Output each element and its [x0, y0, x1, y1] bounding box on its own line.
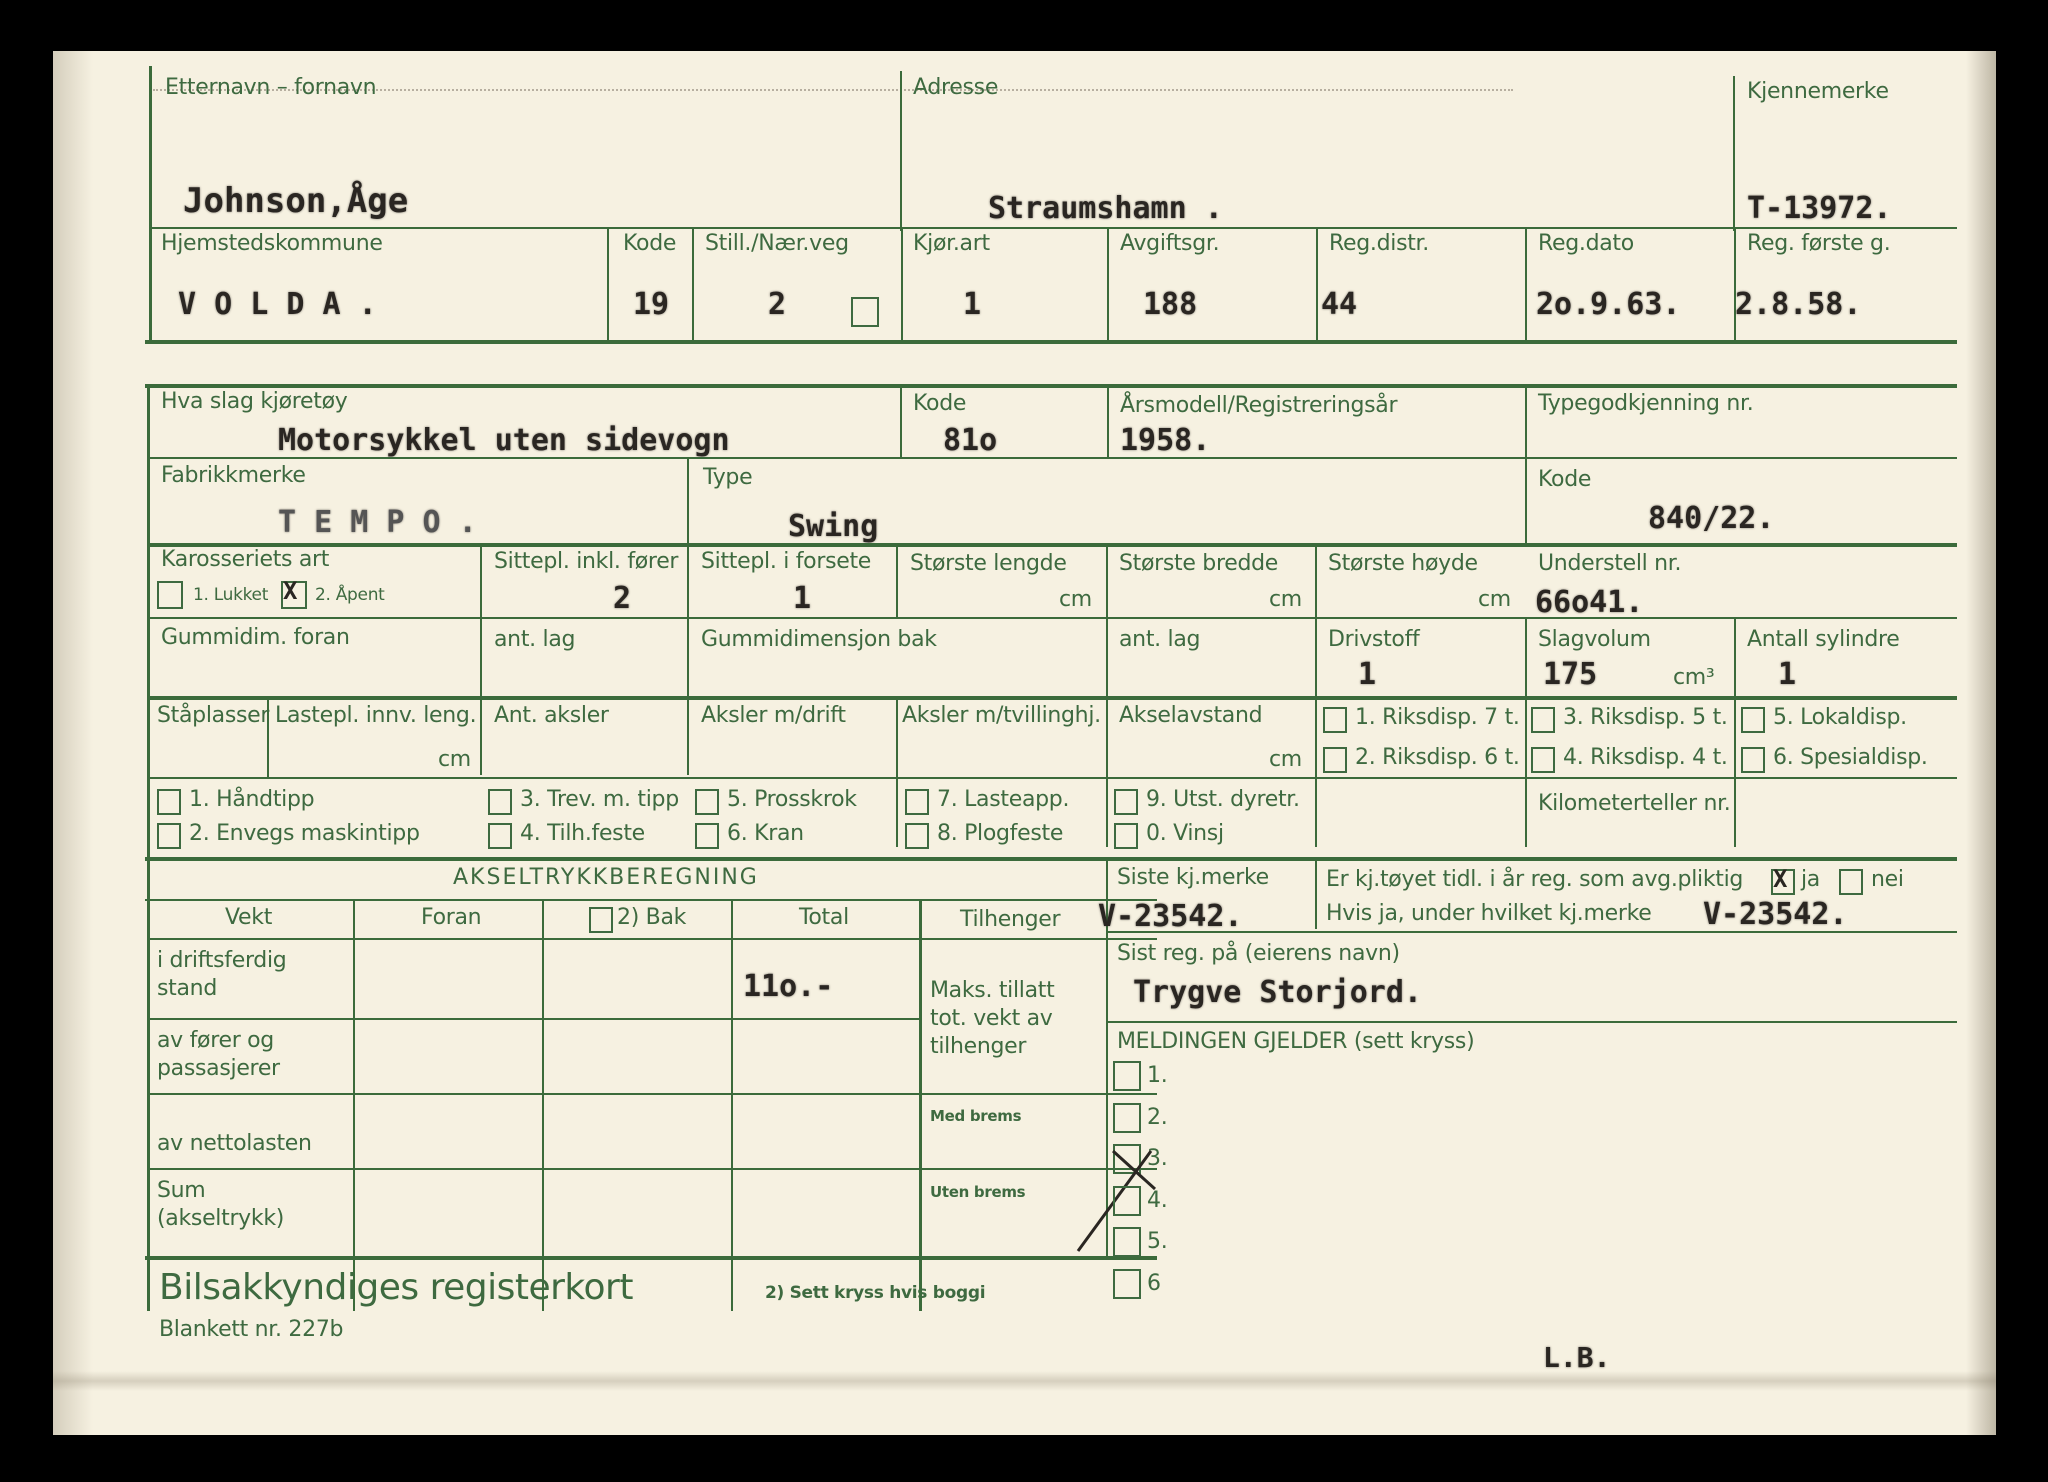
- section-divider: [145, 384, 1957, 388]
- equipment-label-2: 2. Envegs maskintipp: [189, 821, 420, 846]
- equipment-checkbox-7[interactable]: [905, 789, 929, 815]
- disp-checkbox-4[interactable]: [1531, 747, 1555, 773]
- row-divider: [1106, 931, 1957, 933]
- equipment-label-9: 9. Utst. dyretr.: [1146, 787, 1300, 812]
- displacement-label: Slagvolum: [1538, 627, 1651, 652]
- code-label: Kode: [623, 231, 676, 256]
- weight-header: Vekt: [225, 905, 272, 930]
- footnote: 2) Sett kryss hvis boggi: [765, 1283, 985, 1303]
- year-value[interactable]: 1958.: [1120, 423, 1210, 458]
- message-checkbox-6[interactable]: [1113, 1269, 1141, 1299]
- regdato-value[interactable]: 2o.9.63.: [1536, 287, 1681, 322]
- regdato-label: Reg.dato: [1538, 231, 1634, 256]
- row-divider: [1106, 1021, 1957, 1023]
- row-divider: [149, 457, 1957, 459]
- closed-checkbox[interactable]: [157, 581, 183, 609]
- wheelbase-label: Akselavstand: [1119, 703, 1262, 728]
- divider: [919, 901, 922, 1311]
- equipment-label-7: 7. Lasteapp.: [937, 787, 1069, 812]
- kind-code-value[interactable]: 81o: [943, 423, 997, 458]
- message-checkbox-2[interactable]: [1113, 1103, 1141, 1133]
- left-border-line: [147, 386, 150, 910]
- width-label: Største bredde: [1119, 551, 1278, 576]
- message-option-6: 6: [1147, 1271, 1161, 1296]
- divider: [692, 229, 694, 341]
- front-layers-label: ant. lag: [494, 627, 575, 652]
- cylinders-label: Antall sylindre: [1747, 627, 1900, 652]
- register-card: Etternavn – fornavn Johnson,Åge Adresse …: [53, 51, 1996, 1435]
- divider: [1316, 229, 1318, 341]
- section-divider: [145, 340, 1957, 344]
- closed-option-label: 1. Lukket: [193, 585, 268, 605]
- length-unit: cm: [1059, 587, 1092, 612]
- equipment-label-1: 1. Håndtipp: [189, 787, 314, 812]
- disp-option-5: 5. Lokaldisp.: [1773, 705, 1907, 730]
- total-operating-value[interactable]: 11o.-: [743, 969, 833, 1004]
- equipment-checkbox-8[interactable]: [905, 823, 929, 849]
- cylinders-value[interactable]: 1: [1778, 657, 1796, 692]
- row-divider: [149, 543, 1957, 547]
- disp-checkbox-2[interactable]: [1323, 747, 1347, 773]
- yes-label: ja: [1801, 867, 1820, 892]
- row-divider: [149, 696, 1957, 700]
- divider: [687, 459, 689, 545]
- plate-label: Kjennemerke: [1747, 79, 1889, 104]
- equipment-checkbox-2[interactable]: [157, 823, 181, 849]
- yes-checkbox[interactable]: [1771, 869, 1795, 895]
- trailer-header: Tilhenger: [960, 907, 1060, 932]
- message-checkbox-5[interactable]: [1113, 1227, 1141, 1257]
- disp-checkbox-1[interactable]: [1323, 707, 1347, 733]
- rear-layers-label: ant. lag: [1119, 627, 1200, 652]
- kjorart-value[interactable]: 1: [963, 287, 981, 322]
- disp-checkbox-3[interactable]: [1531, 707, 1555, 733]
- divider: [267, 699, 269, 777]
- height-unit: cm: [1478, 587, 1511, 612]
- row-divider: [149, 227, 1957, 229]
- equipment-label-8: 8. Plogfeste: [937, 821, 1063, 846]
- drive-axles-label: Aksler m/drift: [701, 703, 846, 728]
- name-label: Etternavn – fornavn: [165, 75, 376, 100]
- code-value[interactable]: 19: [633, 287, 669, 322]
- chassis-value[interactable]: 66o41.: [1535, 585, 1643, 620]
- regforste-label: Reg. første g.: [1747, 231, 1890, 256]
- typeapproval-label: Typegodkjenning nr.: [1538, 391, 1753, 416]
- axle-count-label: Ant. aksler: [494, 703, 609, 728]
- open-option-label: 2. Åpent: [315, 585, 385, 605]
- disp-option-4: 4. Riksdisp. 4 t.: [1563, 745, 1728, 770]
- divider: [687, 545, 689, 775]
- equipment-label-10: 0. Vinsj: [1146, 821, 1224, 846]
- left-border-line: [147, 901, 150, 1311]
- trailer-max-label: Maks. tillatt tot. vekt av tilhenger: [930, 977, 1070, 1061]
- divider: [901, 229, 903, 341]
- cargo-length-label: Lastepl. innv. leng.: [275, 703, 476, 728]
- prev-reg-question: Er kj.tøyet tidl. i år reg. som avg.plik…: [1326, 867, 1743, 892]
- divider: [1107, 229, 1109, 341]
- type-value[interactable]: Swing: [788, 509, 878, 544]
- divider: [542, 901, 544, 1311]
- form-number: Blankett nr. 227b: [159, 1317, 343, 1342]
- chassis-label: Understell nr.: [1538, 551, 1681, 576]
- message-option-4: 4.: [1147, 1188, 1167, 1213]
- no-label: nei: [1871, 867, 1904, 892]
- displacement-value[interactable]: 175: [1543, 657, 1597, 692]
- type-label: Type: [703, 465, 752, 490]
- front-seats-label: Sittepl. i forsete: [701, 549, 871, 574]
- divider: [1525, 386, 1527, 546]
- make-label: Fabrikkmerke: [161, 463, 306, 488]
- disp-option-6: 6. Spesialdisp.: [1773, 745, 1928, 770]
- kind-code-label: Kode: [913, 391, 966, 416]
- kind-label: Hva slag kjøretøy: [161, 389, 347, 414]
- row-divider: [149, 1018, 919, 1020]
- regforste-value[interactable]: 2.8.58.: [1735, 287, 1861, 322]
- still-label: Still./Nær.veg: [705, 231, 849, 256]
- seats-value[interactable]: 2: [613, 581, 631, 616]
- avgiftsgr-value[interactable]: 188: [1143, 287, 1197, 322]
- row-label-operating: i driftsferdig stand: [157, 947, 337, 1003]
- divider: [1734, 229, 1736, 341]
- message-option-1: 1.: [1147, 1063, 1167, 1088]
- plate-value[interactable]: T-13972.: [1747, 191, 1892, 226]
- row-label-netload: av nettolasten: [157, 1131, 312, 1156]
- karosseri-label: Karosseriets art: [161, 547, 329, 572]
- divider: [1315, 859, 1317, 929]
- with-brakes-label: Med brems: [930, 1107, 1021, 1125]
- divider: [1525, 619, 1527, 847]
- fuel-label: Drivstoff: [1328, 627, 1419, 652]
- equipment-checkbox-10[interactable]: [1114, 823, 1138, 849]
- disp-checkbox-6[interactable]: [1741, 747, 1765, 773]
- initials: L.B.: [1543, 1341, 1610, 1374]
- kjorart-label: Kjør.art: [913, 231, 990, 256]
- divider: [1525, 229, 1527, 341]
- divider: [480, 545, 482, 775]
- type-code-value[interactable]: 840/22.: [1648, 501, 1774, 536]
- displacement-unit: cm³: [1673, 665, 1714, 690]
- equipment-label-6: 6. Kran: [727, 821, 804, 846]
- divider: [1106, 699, 1108, 847]
- width-unit: cm: [1269, 587, 1302, 612]
- message-option-2: 2.: [1147, 1105, 1167, 1130]
- message-label: MELDINGEN GJELDER (sett kryss): [1117, 1029, 1474, 1054]
- seats-label: Sittepl. inkl. fører: [494, 549, 678, 574]
- front-tire-label: Gummidim. foran: [161, 625, 350, 650]
- open-checkbox[interactable]: [281, 581, 307, 609]
- rear-tire-label: Gummidimensjon bak: [701, 627, 937, 652]
- total-header: Total: [799, 905, 849, 930]
- address-value[interactable]: Straumshamn .: [988, 191, 1223, 226]
- last-owner-label: Sist reg. på (eierens navn): [1117, 941, 1400, 966]
- equipment-label-4: 4. Tilh.feste: [520, 821, 645, 846]
- fuel-value[interactable]: 1: [1358, 657, 1376, 692]
- avgiftsgr-label: Avgiftsgr.: [1120, 231, 1219, 256]
- year-label: Årsmodell/Registreringsår: [1120, 393, 1397, 418]
- row-divider: [145, 1256, 1157, 1260]
- front-header: Foran: [421, 905, 481, 930]
- disp-option-1: 1. Riksdisp. 7 t.: [1355, 705, 1520, 730]
- row-divider: [145, 899, 1157, 901]
- wheelbase-unit: cm: [1269, 747, 1302, 772]
- divider: [1106, 545, 1108, 617]
- divider: [1106, 619, 1108, 697]
- no-checkbox[interactable]: [1839, 869, 1863, 895]
- row-label-passengers: av fører og passasjerer: [157, 1027, 337, 1083]
- row-divider: [149, 1168, 1157, 1170]
- form-title: Bilsakkyndiges registerkort: [159, 1267, 633, 1308]
- row-label-sum: Sum (akseltrykk): [157, 1177, 337, 1233]
- equipment-checkbox-4[interactable]: [488, 823, 512, 849]
- cargo-length-unit: cm: [438, 747, 471, 772]
- make-value[interactable]: T E M P O .: [278, 505, 477, 540]
- divider: [1733, 76, 1735, 231]
- municipality-value[interactable]: V O L D A .: [178, 287, 377, 322]
- type-code-label: Kode: [1538, 467, 1591, 492]
- disp-option-2: 2. Riksdisp. 6 t.: [1355, 745, 1520, 770]
- divider: [896, 545, 898, 617]
- still-value[interactable]: 2: [768, 287, 786, 322]
- height-label: Største høyde: [1328, 551, 1478, 576]
- without-brakes-label: Uten brems: [930, 1183, 1025, 1201]
- disp-checkbox-5[interactable]: [1741, 707, 1765, 733]
- disp-option-3: 3. Riksdisp. 5 t.: [1563, 705, 1728, 730]
- name-value[interactable]: Johnson,Åge: [183, 181, 408, 221]
- row-divider: [149, 777, 1957, 779]
- twin-axles-label: Aksler m/tvillinghj.: [902, 703, 1101, 728]
- equipment-checkbox-3[interactable]: [488, 789, 512, 815]
- last-owner-value[interactable]: Trygve Storjord.: [1133, 975, 1422, 1010]
- equipment-label-3: 3. Trev. m. tipp: [520, 787, 679, 812]
- last-plate-label: Siste kj.merke: [1117, 865, 1269, 890]
- under-plate-label: Hvis ja, under hvilket kj.merke: [1326, 901, 1651, 926]
- regdistr-value[interactable]: 44: [1321, 287, 1357, 322]
- divider: [896, 699, 898, 847]
- divider: [900, 71, 902, 231]
- address-label: Adresse: [913, 75, 998, 100]
- left-border-line: [149, 66, 152, 342]
- row-divider: [149, 617, 1957, 619]
- equipment-checkbox-6[interactable]: [695, 823, 719, 849]
- divider: [731, 901, 733, 1311]
- municipality-label: Hjemstedskommune: [161, 231, 383, 256]
- divider: [353, 901, 355, 1311]
- still-checkbox[interactable]: [851, 297, 879, 327]
- bogie-checkbox[interactable]: [589, 907, 613, 933]
- under-plate-value[interactable]: V-23542.: [1703, 897, 1848, 932]
- rear-header: 2) Bak: [617, 905, 686, 930]
- length-label: Største lengde: [910, 551, 1067, 576]
- standing-label: Ståplasser: [157, 703, 269, 728]
- divider: [1734, 619, 1736, 847]
- equipment-label-5: 5. Prosskrok: [727, 787, 857, 812]
- equipment-checkbox-9[interactable]: [1114, 789, 1138, 815]
- message-checkbox-1[interactable]: [1113, 1061, 1141, 1091]
- message-checkbox-4[interactable]: [1113, 1186, 1141, 1216]
- divider: [1107, 386, 1109, 458]
- axle-weight-title: AKSELTRYKKBEREGNING: [453, 865, 759, 890]
- equipment-checkbox-1[interactable]: [157, 789, 181, 815]
- last-plate-value[interactable]: V-23542.: [1098, 899, 1243, 934]
- row-divider: [149, 1093, 1157, 1095]
- front-seats-value[interactable]: 1: [793, 581, 811, 616]
- regdistr-label: Reg.distr.: [1329, 231, 1429, 256]
- divider: [607, 229, 609, 341]
- odometer-label: Kilometerteller nr.: [1538, 791, 1731, 816]
- message-option-5: 5.: [1147, 1229, 1167, 1254]
- kind-value[interactable]: Motorsykkel uten sidevogn: [278, 423, 730, 458]
- row-divider: [149, 938, 1157, 940]
- equipment-checkbox-5[interactable]: [695, 789, 719, 815]
- section-divider: [145, 857, 1957, 861]
- divider: [900, 386, 902, 458]
